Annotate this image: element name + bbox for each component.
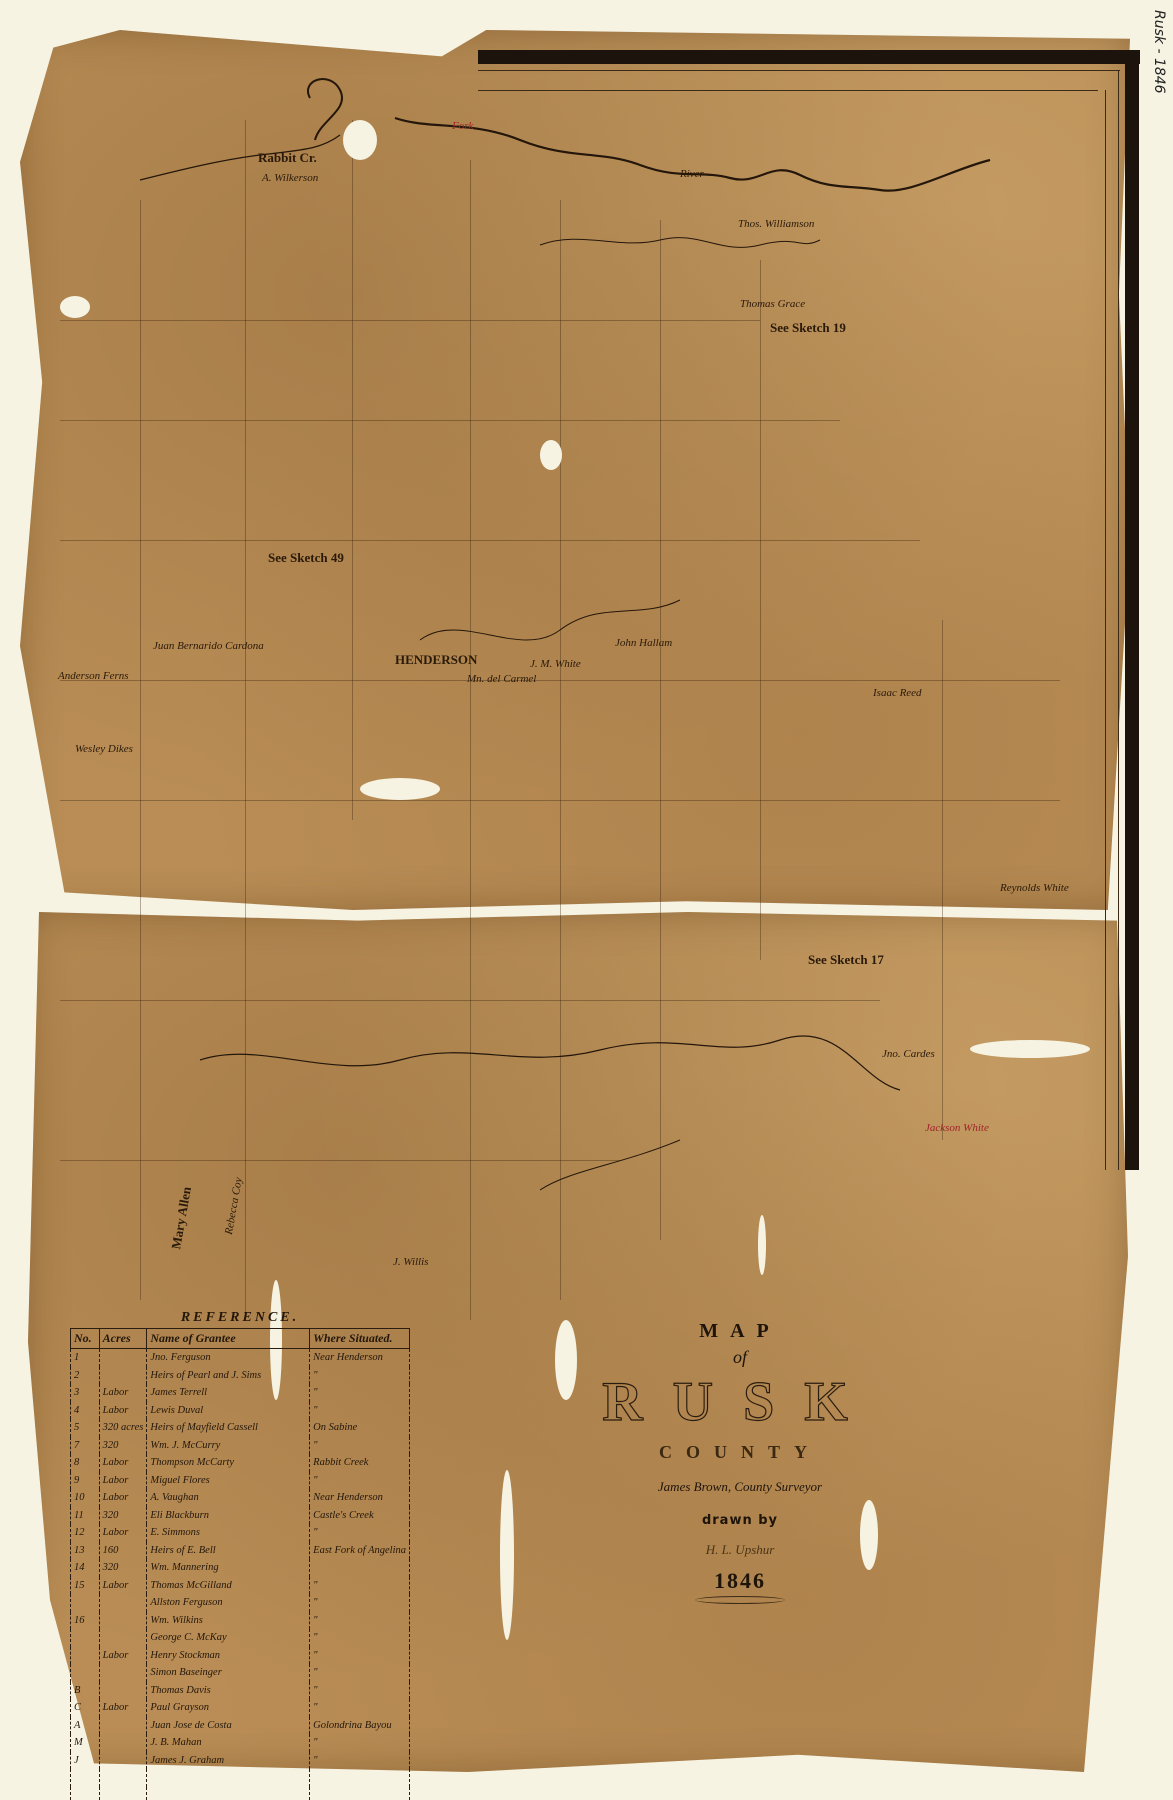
ref-acres (99, 1594, 147, 1612)
reference-row: 5320 acresHeirs of Mayfield CassellOn Sa… (71, 1419, 410, 1437)
col-header-acres: Acres (99, 1329, 147, 1349)
ref-grantee: Allston Ferguson (147, 1594, 310, 1612)
title-county: COUNTY (590, 1442, 890, 1463)
ref-acres: 320 (99, 1507, 147, 1525)
red-grantee-label: Jackson White (925, 1122, 989, 1134)
ref-situated: East Fork of Angelina (310, 1542, 410, 1560)
ref-situated: Near Henderson (310, 1349, 410, 1367)
ref-acres (99, 1612, 147, 1630)
ref-grantee: Thomas Davis (147, 1682, 310, 1700)
ref-grantee: James J. Graham (147, 1752, 310, 1770)
ref-acres (99, 1717, 147, 1735)
reference-row: LaborHenry Stockman" (71, 1647, 410, 1665)
ref-acres: Labor (99, 1454, 147, 1472)
reference-row: Allston Ferguson" (71, 1594, 410, 1612)
ref-acres: Labor (99, 1472, 147, 1490)
ref-no: 11 (71, 1507, 100, 1525)
reference-row: 3LaborJames Terrell" (71, 1384, 410, 1402)
grantee-label: J. M. White (530, 658, 581, 670)
ref-situated: " (310, 1734, 410, 1752)
ref-grantee: J. B. Mahan (147, 1734, 310, 1752)
reference-row: 8LaborThompson McCartyRabbit Creek (71, 1454, 410, 1472)
ref-situated: " (310, 1402, 410, 1420)
ref-acres: Labor (99, 1647, 147, 1665)
ref-grantee: A. Vaughan (147, 1489, 310, 1507)
ref-grantee: Wm. J. McCurry (147, 1437, 310, 1455)
reference-row: MJ. B. Mahan" (71, 1734, 410, 1752)
sketch-reference: See Sketch 17 (808, 952, 884, 968)
ref-empty-cell (99, 1769, 147, 1787)
ref-situated: " (310, 1664, 410, 1682)
title-drawn-by: drawn by (590, 1513, 890, 1528)
ref-empty-cell (99, 1787, 147, 1800)
ref-situated: " (310, 1699, 410, 1717)
ref-grantee: Heirs of Mayfield Cassell (147, 1419, 310, 1437)
ref-empty-cell (71, 1787, 100, 1800)
reference-row-empty (71, 1787, 410, 1800)
grantee-label: Anderson Ferns (58, 670, 129, 682)
ref-empty-cell (71, 1769, 100, 1787)
ref-no: 4 (71, 1402, 100, 1420)
reference-row: AJuan Jose de CostaGolondrina Bayou (71, 1717, 410, 1735)
ref-acres (99, 1752, 147, 1770)
reference-row-empty (71, 1769, 410, 1787)
ref-no: 8 (71, 1454, 100, 1472)
ref-situated: " (310, 1367, 410, 1385)
ref-grantee: Paul Grayson (147, 1699, 310, 1717)
flourish-ornament (695, 1596, 785, 1604)
paper-hole (500, 1470, 514, 1640)
ref-no: 2 (71, 1367, 100, 1385)
reference-row: BThomas Davis" (71, 1682, 410, 1700)
ref-acres: 320 (99, 1559, 147, 1577)
col-header-situated: Where Situated. (310, 1329, 410, 1349)
ref-acres: Labor (99, 1577, 147, 1595)
ref-no: 16 (71, 1612, 100, 1630)
ref-acres: Labor (99, 1489, 147, 1507)
reference-row: 14320Wm. Mannering (71, 1559, 410, 1577)
paper-hole (758, 1215, 766, 1275)
ref-acres: Labor (99, 1524, 147, 1542)
reference-row: George C. McKay" (71, 1629, 410, 1647)
ref-acres: Labor (99, 1384, 147, 1402)
grantee-label: Reynolds White (1000, 882, 1069, 894)
ref-acres (99, 1629, 147, 1647)
paper-hole (555, 1320, 577, 1400)
reference-header-row: No. Acres Name of Grantee Where Situated… (71, 1329, 410, 1349)
ref-situated (310, 1559, 410, 1577)
grantee-label: Isaac Reed (873, 687, 922, 699)
ref-acres (99, 1367, 147, 1385)
grantee-label: J. Willis (393, 1256, 428, 1268)
ref-no: 7 (71, 1437, 100, 1455)
ref-no: 3 (71, 1384, 100, 1402)
reference-row: JJames J. Graham" (71, 1752, 410, 1770)
grantee-label: Jno. Cardes (882, 1048, 935, 1060)
reference-row: 1Jno. FergusonNear Henderson (71, 1349, 410, 1367)
reference-row: 12LaborE. Simmons" (71, 1524, 410, 1542)
ref-situated: " (310, 1752, 410, 1770)
col-header-grantee: Name of Grantee (147, 1329, 310, 1349)
ref-grantee: Thomas McGilland (147, 1577, 310, 1595)
ref-grantee: Simon Baseinger (147, 1664, 310, 1682)
title-of: of (590, 1347, 890, 1368)
reference-row: 15LaborThomas McGilland" (71, 1577, 410, 1595)
map-title-block: MAP of RUSK COUNTY James Brown, County S… (590, 1320, 890, 1604)
paper-hole (60, 296, 90, 318)
ref-empty-cell (310, 1769, 410, 1787)
reference-row: 7320Wm. J. McCurry" (71, 1437, 410, 1455)
creek-label: Rabbit Cr. (258, 150, 317, 166)
ref-no: 1 (71, 1349, 100, 1367)
ref-no (71, 1664, 100, 1682)
ref-acres (99, 1349, 147, 1367)
ref-situated: " (310, 1384, 410, 1402)
ref-acres: Labor (99, 1699, 147, 1717)
grantee-label: Thomas Grace (740, 298, 805, 310)
ref-grantee: Eli Blackburn (147, 1507, 310, 1525)
paper-hole (343, 120, 377, 160)
ref-no (71, 1647, 100, 1665)
ref-no: J (71, 1752, 100, 1770)
ref-situated: " (310, 1647, 410, 1665)
ref-situated: " (310, 1524, 410, 1542)
ref-no: 10 (71, 1489, 100, 1507)
ref-grantee: Wm. Mannering (147, 1559, 310, 1577)
ref-situated: " (310, 1577, 410, 1595)
ref-situated: " (310, 1594, 410, 1612)
ref-no: 12 (71, 1524, 100, 1542)
ref-no (71, 1629, 100, 1647)
ref-no: M (71, 1734, 100, 1752)
ref-empty-cell (310, 1787, 410, 1800)
ref-grantee: Henry Stockman (147, 1647, 310, 1665)
ref-situated: Castle's Creek (310, 1507, 410, 1525)
grantee-label: Juan Bernarido Cardona (153, 640, 264, 652)
ref-acres: 320 acres (99, 1419, 147, 1437)
ref-no: C (71, 1699, 100, 1717)
ref-grantee: Heirs of E. Bell (147, 1542, 310, 1560)
reference-row: 16Wm. Wilkins" (71, 1612, 410, 1630)
reference-row: 2Heirs of Pearl and J. Sims" (71, 1367, 410, 1385)
ref-no: 9 (71, 1472, 100, 1490)
ref-acres (99, 1682, 147, 1700)
town-label-henderson: HENDERSON (395, 652, 477, 668)
reference-row: Simon Baseinger" (71, 1664, 410, 1682)
reference-row: 11320Eli BlackburnCastle's Creek (71, 1507, 410, 1525)
reference-row: 4LaborLewis Duval" (71, 1402, 410, 1420)
ref-situated: " (310, 1612, 410, 1630)
ref-no: A (71, 1717, 100, 1735)
ref-acres: 160 (99, 1542, 147, 1560)
ref-no: 15 (71, 1577, 100, 1595)
river-label: River (680, 168, 704, 180)
ref-grantee: George C. McKay (147, 1629, 310, 1647)
ref-situated: " (310, 1629, 410, 1647)
paper-hole (540, 440, 562, 470)
reference-table: No. Acres Name of Grantee Where Situated… (70, 1328, 410, 1800)
ref-grantee: E. Simmons (147, 1524, 310, 1542)
ref-situated: Golondrina Bayou (310, 1717, 410, 1735)
grantee-label: Wesley Dikes (75, 743, 133, 755)
title-county-name: RUSK (590, 1370, 890, 1434)
ref-grantee: James Terrell (147, 1384, 310, 1402)
col-header-no: No. (71, 1329, 100, 1349)
ref-acres: Labor (99, 1402, 147, 1420)
ref-no: 5 (71, 1419, 100, 1437)
reference-row: 9LaborMiguel Flores" (71, 1472, 410, 1490)
sketch-reference: See Sketch 49 (268, 550, 344, 566)
title-drafter: H. L. Upshur (590, 1542, 890, 1558)
reference-row: 13160Heirs of E. BellEast Fork of Angeli… (71, 1542, 410, 1560)
ref-grantee: Miguel Flores (147, 1472, 310, 1490)
grantee-label: Mn. del Carmel (467, 673, 536, 685)
ref-acres (99, 1734, 147, 1752)
ref-acres: 320 (99, 1437, 147, 1455)
ref-situated: " (310, 1682, 410, 1700)
ref-grantee: Heirs of Pearl and J. Sims (147, 1367, 310, 1385)
ref-grantee: Jno. Ferguson (147, 1349, 310, 1367)
ref-no: 13 (71, 1542, 100, 1560)
ref-no (71, 1594, 100, 1612)
reference-row: 10LaborA. VaughanNear Henderson (71, 1489, 410, 1507)
ref-empty-cell (147, 1787, 310, 1800)
ref-grantee: Juan Jose de Costa (147, 1717, 310, 1735)
paper-hole (970, 1040, 1090, 1058)
ref-situated: " (310, 1472, 410, 1490)
red-fork-label: Fork (452, 120, 473, 132)
title-year: 1846 (590, 1568, 890, 1594)
title-surveyor: James Brown, County Surveyor (590, 1479, 890, 1495)
reference-title: REFERENCE. (70, 1310, 410, 1326)
ref-grantee: Wm. Wilkins (147, 1612, 310, 1630)
catalog-label: Rusk - 1846 (1151, 10, 1167, 94)
reference-row: CLaborPaul Grayson" (71, 1699, 410, 1717)
paper-hole (360, 778, 440, 800)
ref-acres (99, 1664, 147, 1682)
reference-table-block: REFERENCE. No. Acres Name of Grantee Whe… (70, 1310, 410, 1750)
title-map: MAP (590, 1320, 890, 1343)
ref-situated: Rabbit Creek (310, 1454, 410, 1472)
ref-situated: " (310, 1437, 410, 1455)
ref-no: B (71, 1682, 100, 1700)
grantee-label: A. Wilkerson (262, 172, 318, 184)
ref-no: 14 (71, 1559, 100, 1577)
ref-empty-cell (147, 1769, 310, 1787)
sketch-reference: See Sketch 19 (770, 320, 846, 336)
ref-situated: On Sabine (310, 1419, 410, 1437)
ref-grantee: Lewis Duval (147, 1402, 310, 1420)
grantee-label: Thos. Williamson (738, 218, 814, 230)
ref-grantee: Thompson McCarty (147, 1454, 310, 1472)
ref-situated: Near Henderson (310, 1489, 410, 1507)
grantee-label: John Hallam (615, 637, 672, 649)
